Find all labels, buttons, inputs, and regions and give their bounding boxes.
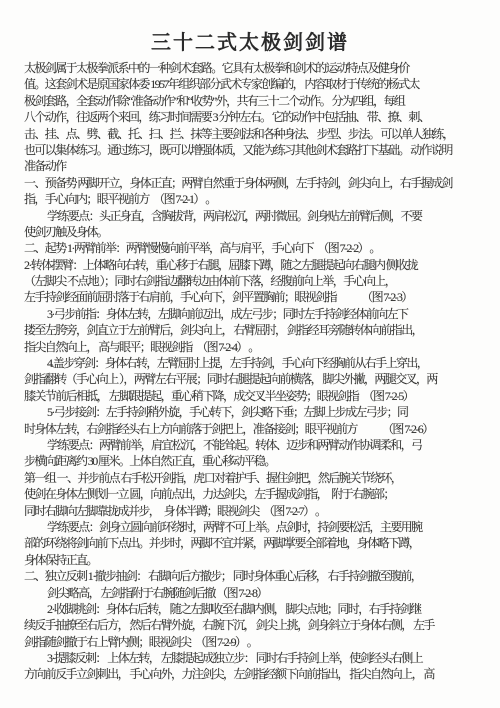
text-line: 太极剑属于太极拳派系中的一种剑术套路。它具有太极拳和剑术的运动特点及健身价 <box>24 60 484 76</box>
text-line: 一、预备势 两脚开立，身体正直；两臂自然重于身体两侧，左手持剑，剑尖向上，右手握… <box>24 175 484 191</box>
text-line: 学练要点：头正身直，含胸拔背，两肩松沉，两肘微屈。剑身贴左前臂后侧，不要 <box>24 208 484 224</box>
text-line: 学练要点：两臂前举，肩宜松沉，不能耸起。转体、迈步和两臂动作协调柔和，弓 <box>24 437 484 453</box>
text-line: 步横向距离约 30 厘米。上体自然正直，重心移动平稳。 <box>24 453 484 469</box>
text-line: 指，手心向内；眼平视前方 （图 7-2-1） 。 <box>24 191 484 207</box>
text-line: 3·提膝反刺： 上体左转， 左膝提起成独立步： 同时右手持剑上举，使剑经头右侧上 <box>24 650 484 666</box>
text-line: 膝关节前后相抵， 左脚跟提起，重心稍下降，成交叉半坐姿势；眼视剑指 （图 7-2… <box>24 388 484 404</box>
text-line: 5·弓步接剑：左手持剑稍外旋，手心转下，剑尖略下垂；左脚上步成左弓步；同 <box>24 404 484 420</box>
text-line: 击、挂、点、劈、截、托、扫、拦、抹等主要剑法和各种身法、 步型、步法。 可以单人… <box>24 126 484 142</box>
text-line: 部的环绕将剑向前下点出。并步时，两脚不宜并紧，两脚掌要全部着地，身体略下蹲， <box>24 535 484 551</box>
text-line: 剑尖略高， 左剑指附于右腕随剑后撤 （图 7-2-8） <box>24 585 484 601</box>
text-line: 指尖自然向上， 高与眼平；眼视剑指 （图 7-2-4） 。 <box>24 339 484 355</box>
text-line: 第一组 一、并步前点 右手松开剑指，虎口对着护手、握住剑把，然后腕关节绕环， <box>24 470 484 486</box>
text-line: 续反手抽撩至右后方， 然后右臂外旋，右腕下沉， 剑尖上挑，剑身斜立于身体右侧， … <box>24 617 484 633</box>
text-line: 极剑套路，全套动作除“准备动作”和“收势”外，共有三十二个动作。 分为四组，每组 <box>24 93 484 109</box>
text-line: 身体保持正直。 <box>24 552 484 568</box>
text-line: 学练要点：剑身立圆向前环绕时，两臂不可上举。点剑时，持剑要松活，主要用腕 <box>24 519 484 535</box>
text-line: 使剑在身体左侧划一立 圆，向前点出，力达剑尖，左手握成剑指， 附于右腕部； <box>24 486 484 502</box>
text-line: 准备动作 <box>24 158 484 174</box>
text-line: 值。这套剑术是原国家体委 1957年组织部分武术专家创编的， 内容取材于传统的杨… <box>24 76 484 92</box>
text-line: 剑指随剑撤于右上臂内侧；眼视剑尖 （图 7-2-9） 。 <box>24 634 484 650</box>
text-line: 二、独立反刺 1·撤步抽剑： 右脚向后方撤步； 同时身体重心后移， 右手持剑撤至… <box>24 568 484 584</box>
text-line: 2·收脚挑剑：身体右后转， 随之左脚收至右脚内侧， 脚尖点地；同时，右手持剑继 <box>24 601 484 617</box>
document-page: 三十二式太极剑剑谱 太极剑属于太极拳派系中的一种剑术套路。它具有太极拳和剑术的运… <box>0 0 500 708</box>
text-line: 八个动作，往返两个来回，练习时间需要 3 分钟左右。 它的动作中包括抽、 带、撩… <box>24 109 484 125</box>
text-line: 时身体左转，右剑指经头右上方向前落于剑把上，准备接剑；眼平视前方 （图 7-2-… <box>24 421 484 437</box>
text-line: 使剑刃触及身体。 <box>24 224 484 240</box>
text-line: 3·弓步前指：身体左转，左脚向前迈出，成左弓步；同时左手持剑经体前向左下 <box>24 306 484 322</box>
page-title: 三十二式太极剑剑谱 <box>0 26 500 55</box>
text-line: 2·转体摆臂：上体略向右转，重心移于右腿，屈膝下蹲，随之左腿提起向右腿内 侧收拢 <box>24 257 484 273</box>
text-line: 左手持剑经面前屈肘落于右肩前，手心向下，剑平置胸前；眼视剑指 （图 7-2-3） <box>24 289 484 305</box>
text-line: 同时右脚向左脚靠拢成并步， 身 体半蹲；眼视剑尖 （图 7-2-7） 。 <box>24 503 484 519</box>
text-line: 也可以集体练习。通过练习，既可以增强体质，又能为练习其他剑术套路打下基础。 动作… <box>24 142 484 158</box>
text-line: 二、起势 1·两臂前举：两臂慢慢向前平举，高与肩平，手心向下 （图 7-2-2）… <box>24 240 484 256</box>
text-line: 剑指翻转（手心向上 ），两臂左右平展；同时右腿提起向前横落， 脚尖外撇，两腿交叉… <box>24 371 484 387</box>
text-line: 4.盖步穿剑：身体右转，左臂屈肘上提，左手持剑，手心向下经胸前从右手上穿出， <box>24 355 484 371</box>
text-line: 方向前反手立剑刺出， 手心向外，力注剑尖，左剑指经额下向前指出， 指尖自然向上，… <box>24 666 484 682</box>
text-line: 搂至左胯旁，剑直立于左前臂后，剑尖向上， 右臂屈肘， 剑指经耳旁随转体向前指出， <box>24 322 484 338</box>
text-line: （左脚尖 不点地 ）；同时右剑指边翻转边由体前下落，经腹前向上举，手心向上， <box>24 273 484 289</box>
document-body: 太极剑属于太极拳派系中的一种剑术套路。它具有太极拳和剑术的运动特点及健身价值。这… <box>0 60 500 683</box>
